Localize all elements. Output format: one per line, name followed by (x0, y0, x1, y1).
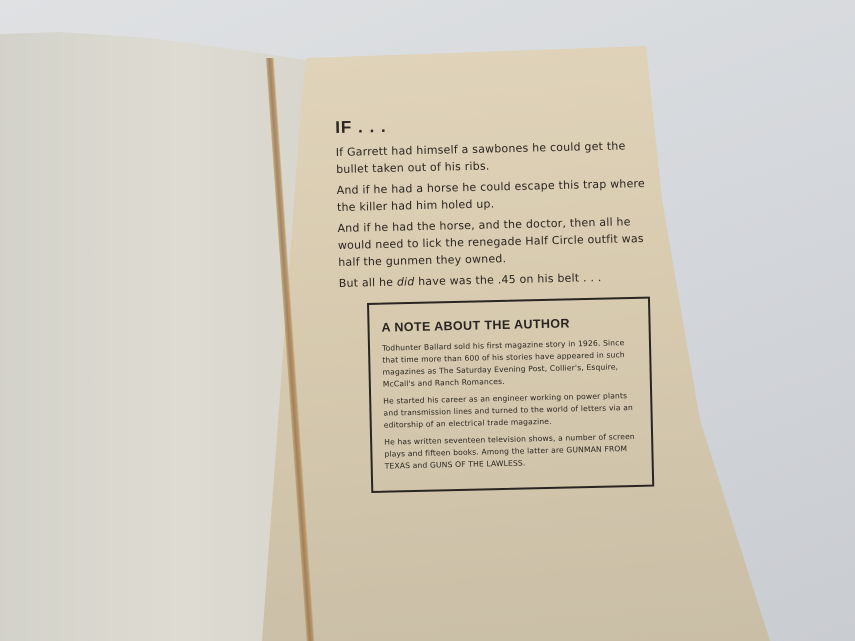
author-note-title: A NOTE ABOUT THE AUTHOR (381, 315, 636, 335)
teaser-text: IF . . . If Garrett had himself a sawbon… (335, 111, 654, 296)
last-line-end: have was the .45 on his belt . . . (414, 271, 601, 288)
last-line-start: But all he (339, 276, 397, 290)
author-note-paragraph: Todhunter Ballard sold his first magazin… (382, 337, 638, 391)
left-blank-page (0, 0, 310, 641)
teaser-paragraph: And if he had a horse he could escape th… (336, 175, 652, 216)
author-note-box: A NOTE ABOUT THE AUTHOR Todhunter Ballar… (367, 297, 654, 493)
author-note-paragraph: He started his career as an engineer wor… (383, 390, 639, 432)
teaser-paragraph: And if he had the horse, and the doctor,… (337, 213, 653, 271)
author-note-paragraph: He has written seventeen television show… (384, 431, 640, 473)
teaser-last-line: But all he did have was the .45 on his b… (339, 268, 654, 292)
teaser-paragraph: If Garrett had himself a sawbones he cou… (336, 137, 652, 178)
last-line-emphasis: did (397, 275, 415, 288)
